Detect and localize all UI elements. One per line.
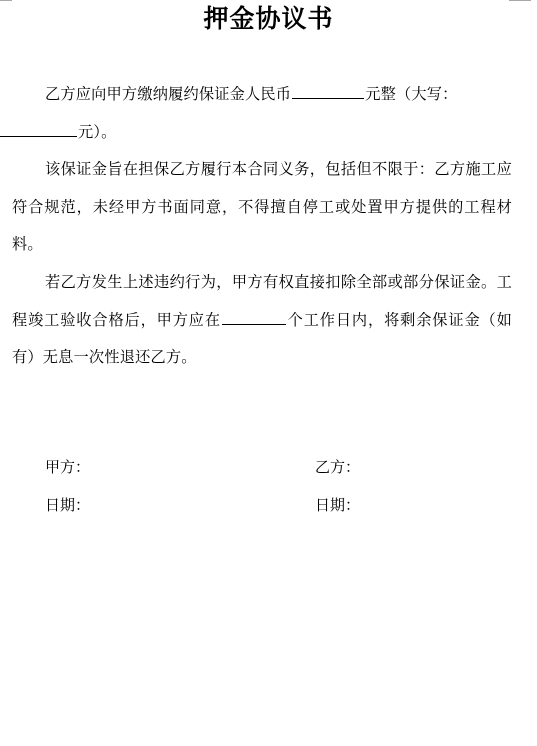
paragraph-deposit-purpose: 该保证金旨在担保乙方履行本合同义务，包括但不限于：乙方施工应符合规范，未经甲方书… xyxy=(12,151,512,264)
deposit-amount-text: 乙方应向甲方缴纳履约保证金人民币 xyxy=(45,85,291,103)
paragraph-deposit-refund: 若乙方发生上述违约行为，甲方有权直接扣除全部或部分保证金。工程竣工验收合格后，甲… xyxy=(12,264,512,377)
paragraph-deposit-amount: 乙方应向甲方缴纳履约保证金人民币元整（大写：元）。 xyxy=(12,76,512,151)
deposit-amount-closing-text: 元）。 xyxy=(78,123,117,141)
deposit-amount-words-blank[interactable] xyxy=(0,122,77,137)
party-b-signature-label: 乙方： xyxy=(315,457,360,477)
party-b-date-label: 日期： xyxy=(315,495,360,515)
deposit-purpose-text: 该保证金旨在担保乙方履行本合同义务，包括但不限于：乙方施工应符合规范，未经甲方书… xyxy=(12,151,512,264)
deposit-amount-words-text: 元整（大写： xyxy=(365,85,457,103)
page-corner-mark-right xyxy=(509,0,531,1)
party-a-date-label: 日期： xyxy=(45,495,90,515)
deposit-amount-blank[interactable] xyxy=(292,84,364,99)
party-a-signature-label: 甲方： xyxy=(45,457,90,477)
page-corner-mark-left xyxy=(0,0,12,1)
document-title: 押金协议书 xyxy=(0,2,537,36)
refund-days-blank[interactable] xyxy=(222,310,286,325)
